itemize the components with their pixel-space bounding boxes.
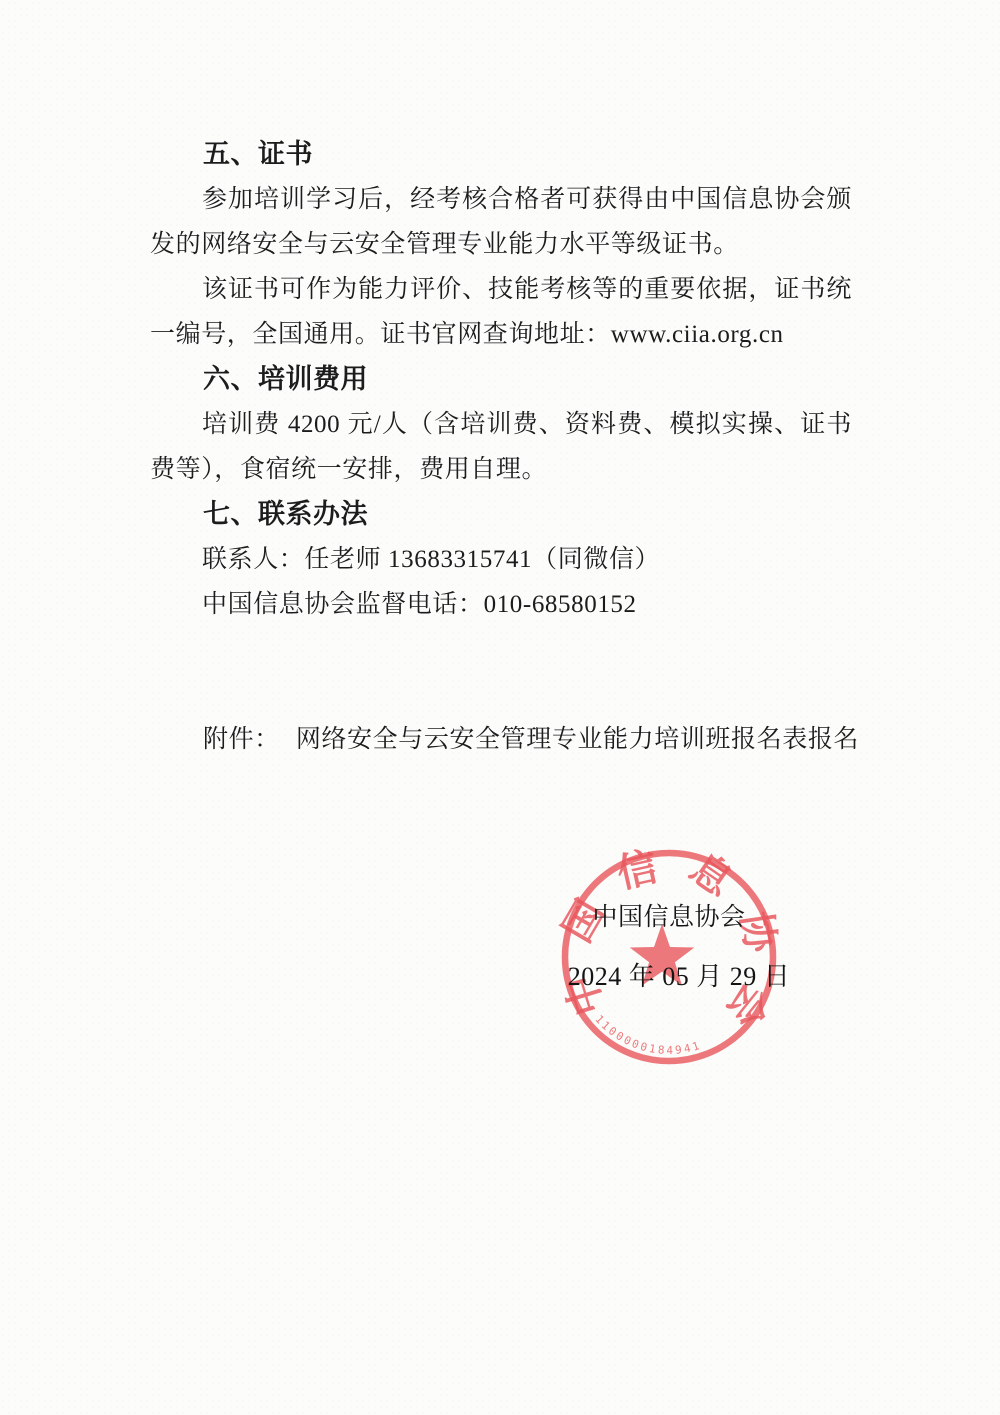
section-heading-training-fee: 六、培训费用 bbox=[150, 357, 852, 402]
certificate-paragraph-line: 一编号，全国通用。证书官网查询地址：www.ciia.org.cn bbox=[150, 312, 852, 357]
supervision-phone-line: 中国信息协会监督电话：010-68580152 bbox=[150, 582, 852, 627]
certificate-paragraph-line: 该证书可作为能力评价、技能考核等的重要依据，证书统 bbox=[150, 267, 852, 312]
seal-organization-name: 中国信息协会 bbox=[556, 897, 782, 933]
section-heading-contact: 七、联系办法 bbox=[150, 492, 852, 537]
contact-person-line: 联系人：任老师 13683315741（同微信） bbox=[150, 537, 852, 582]
seal-date: 2024 年 05 月 29 日 bbox=[566, 956, 792, 993]
attachment-line: 附件：网络安全与云安全管理专业能力培训班报名表报名 bbox=[150, 717, 963, 762]
attachment-title: 网络安全与云安全管理专业能力培训班报名表报名 bbox=[296, 726, 859, 753]
document-page: 五、证书 参加培训学习后，经考核合格者可获得由中国信息协会颁 发的网络安全与云安… bbox=[0, 0, 1000, 1415]
section-heading-certificate: 五、证书 bbox=[150, 132, 852, 177]
seal-serial-number: 1100000184941 bbox=[592, 1013, 703, 1057]
certificate-paragraph-line: 参加培训学习后，经考核合格者可获得由中国信息协会颁 bbox=[150, 177, 852, 222]
document-body: 五、证书 参加培训学习后，经考核合格者可获得由中国信息协会颁 发的网络安全与云安… bbox=[150, 132, 852, 627]
certificate-paragraph-line: 发的网络安全与云安全管理专业能力水平等级证书。 bbox=[150, 222, 852, 267]
training-fee-paragraph-line: 培训费 4200 元/人（含培训费、资料费、模拟实操、证书 bbox=[150, 402, 852, 447]
attachment-label: 附件： bbox=[203, 726, 280, 753]
training-fee-paragraph-line: 费等），食宿统一安排，费用自理。 bbox=[150, 447, 852, 492]
official-seal-stamp: 中国信息协会 1100000184941 中国信息协会 2024 年 05 月 … bbox=[556, 844, 782, 1070]
